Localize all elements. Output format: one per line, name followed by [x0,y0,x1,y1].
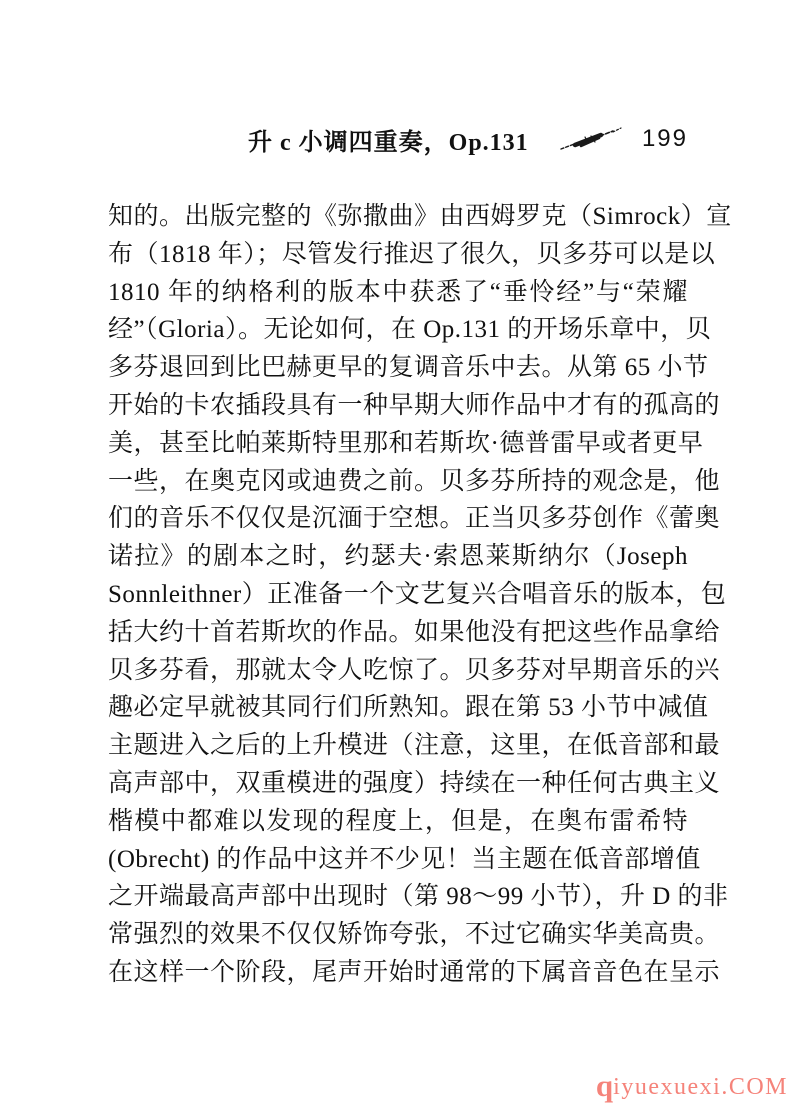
text-line: 1810 年的纳格利的版本中获悉了“垂怜经”与“荣耀 [108,274,688,312]
text-line: 一些，在奥克冈或迪费之前。贝多芬所持的观念是，他 [108,463,688,501]
text-line: 趣必定早就被其同行们所熟知。跟在第 53 小节中减值 [108,689,688,727]
text-line: 之开端最高声部中出现时（第 98～99 小节），升 D 的非 [108,878,688,916]
text-line: 贝多芬看，那就太令人吃惊了。贝多芬对早期音乐的兴 [108,652,688,690]
text-line: 常强烈的效果不仅仅矫饰夸张，不过它确实华美高贵。 [108,916,688,954]
text-line: 经”（Gloria）。无论如何，在 Op.131 的开场乐章中，贝 [108,311,688,349]
text-line: 们的音乐不仅仅是沉湎于空想。正当贝多芬创作《蕾奥 [108,500,688,538]
text-line: 布（1818 年）；尽管发行推迟了很久，贝多芬可以是以 [108,236,688,274]
text-line: 主题进入之后的上升模进（注意，这里，在低音部和最 [108,727,688,765]
text-line: (Obrecht) 的作品中这并不少见！当主题在低音部增值 [108,841,688,879]
text-line: 美，甚至比帕莱斯特里那和若斯坎·德普雷早或者更早 [108,425,688,463]
text-line: 知的。出版完整的《弥撒曲》由西姆罗克（Simrock）宣 [108,198,688,236]
text-line: 诺拉》的剧本之时，约瑟夫·索恩莱斯纳尔（Joseph [108,538,688,576]
text-line: 多芬退回到比巴赫更早的复调音乐中去。从第 65 小节 [108,349,688,387]
watermark: qiyuexuexi.COM [596,1068,788,1104]
text-line: 高声部中，双重模进的强度）持续在一种任何古典主义 [108,765,688,803]
ink-scribble-icon [555,124,629,154]
text-line: 开始的卡农插段具有一种早期大师作品中才有的孤高的 [108,387,688,425]
text-line: 在这样一个阶段，尾声开始时通常的下属音音色在呈示 [108,954,688,992]
text-line: 括大约十首若斯坎的作品。如果他没有把这些作品拿给 [108,614,688,652]
running-head: 升 c 小调四重奏，Op.131 199 [108,118,688,160]
watermark-text: iyuexuexi.COM [613,1074,788,1100]
text-line: Sonnleithner）正准备一个文艺复兴合唱音乐的版本，包 [108,576,688,614]
body-text: 知的。出版完整的《弥撒曲》由西姆罗克（Simrock）宣 布（1818 年）；尽… [108,198,688,992]
text-line: 楷模中都难以发现的程度上，但是，在奥布雷希特 [108,803,688,841]
book-page: 升 c 小调四重奏，Op.131 199 知的。出版完整的《弥撒曲》由西姆罗克（… [0,0,794,1120]
chapter-title: 升 c 小调四重奏，Op.131 [248,122,529,157]
page-number: 199 [642,125,688,153]
watermark-logo-q: q [596,1068,613,1103]
